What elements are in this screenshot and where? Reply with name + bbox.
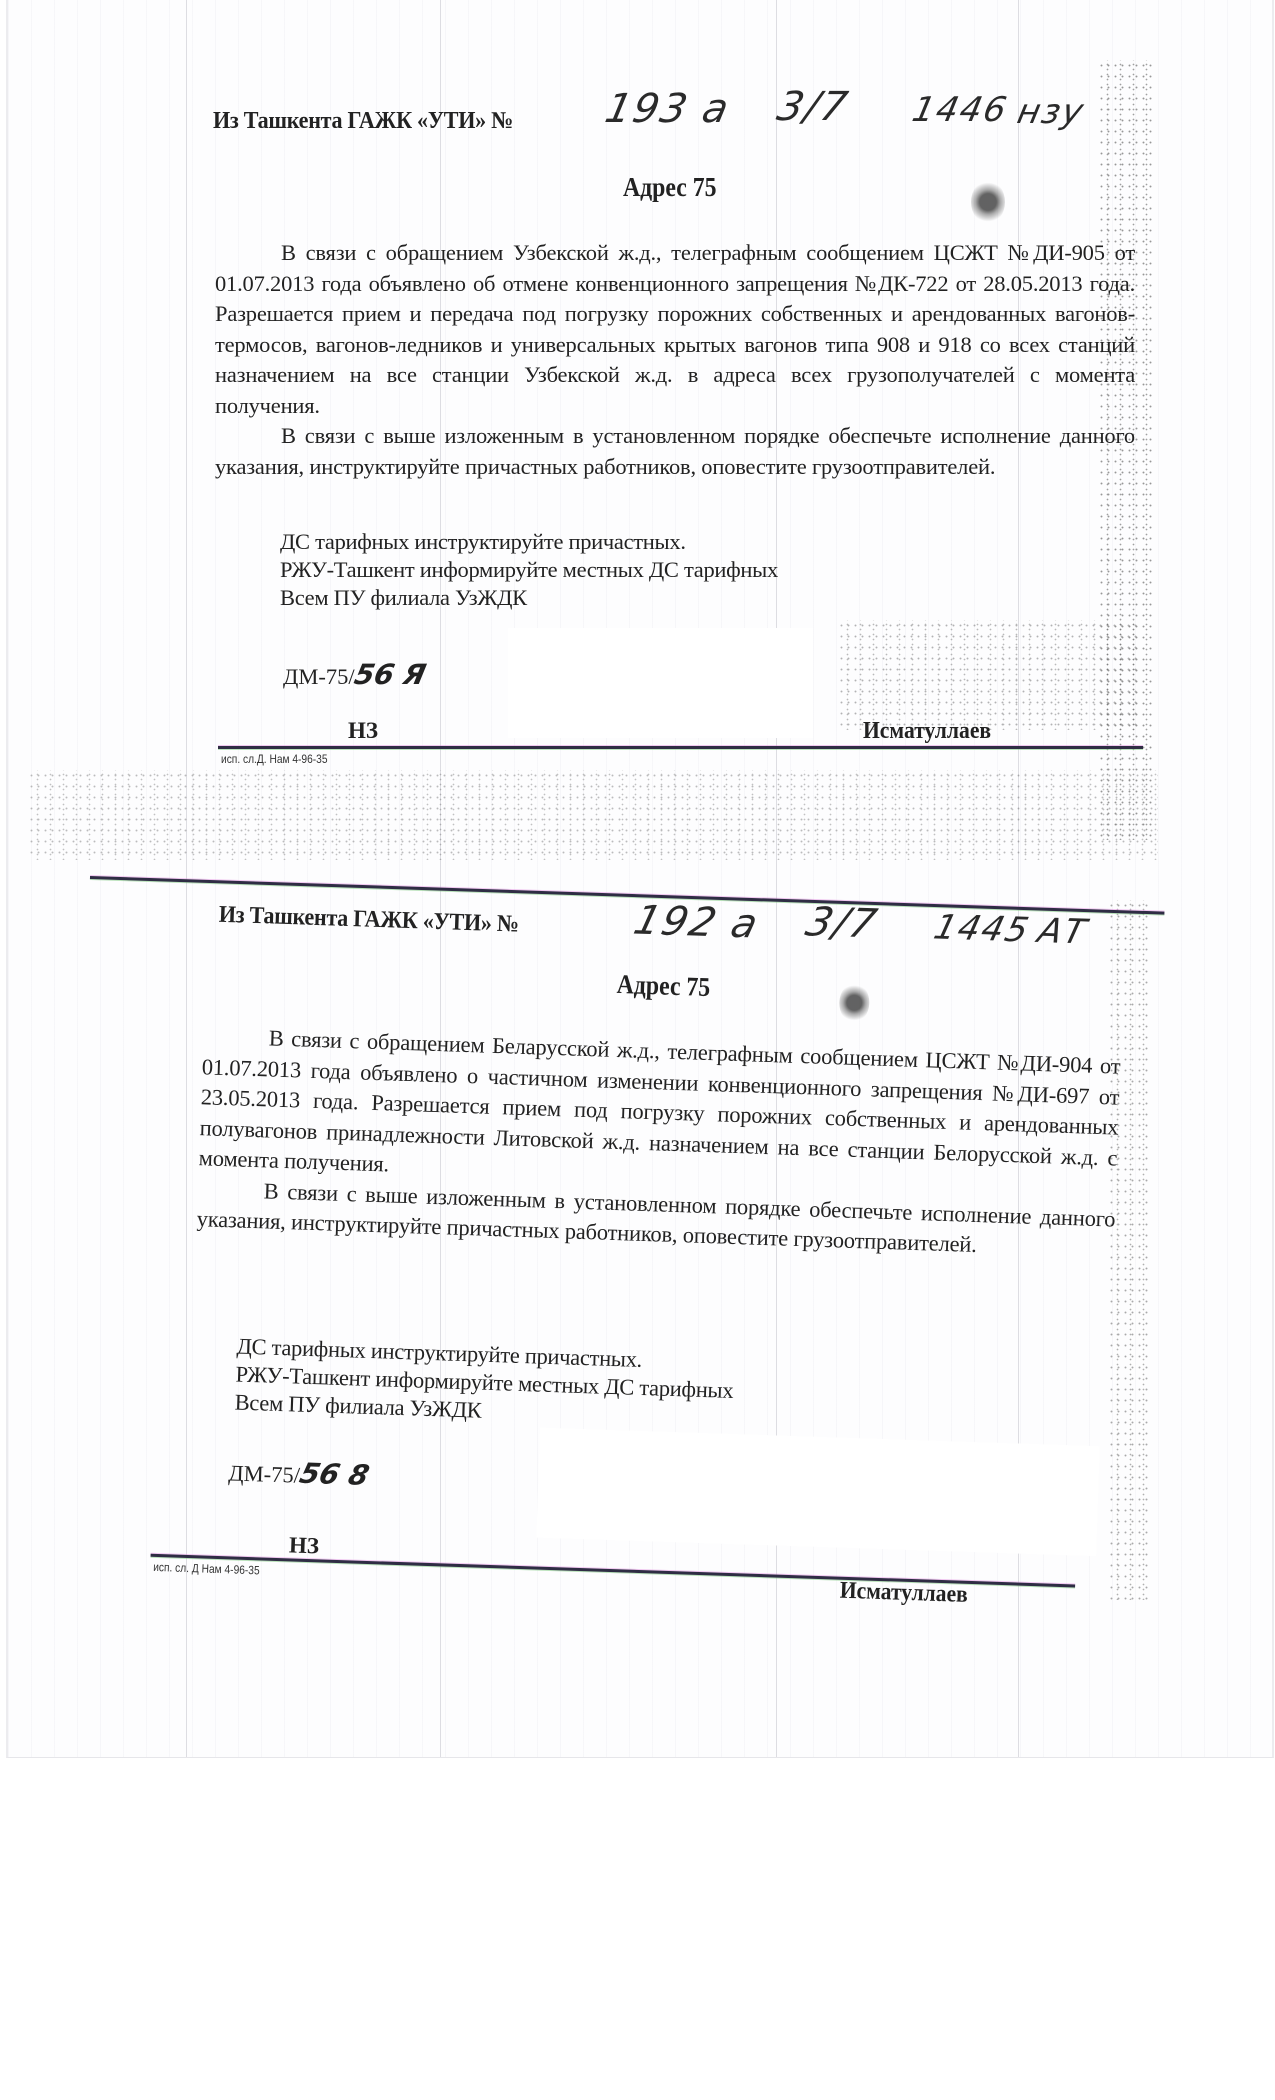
- sign-left-code: НЗ: [348, 718, 378, 744]
- instruction-line: Всем ПУ филиала УзЖДК: [280, 584, 778, 612]
- handwritten-date: 3/7: [773, 84, 853, 130]
- telegram-body: В связи с обращением Беларусской ж.д., т…: [196, 1021, 1121, 1265]
- reference-printed: ДМ-75/: [283, 664, 355, 689]
- telegram-1: Из Ташкента ГАЖК «УТИ» № 193 а 3/7 1446 …: [8, 0, 1272, 820]
- instruction-list: ДС тарифных инструктируйте причастных. Р…: [234, 1333, 734, 1433]
- address-heading: Адрес 75: [616, 969, 710, 1003]
- address-heading: Адрес 75: [623, 172, 716, 203]
- telegram-2: Из Ташкента ГАЖК «УТИ» № 192 а 3/7 1445 …: [6, 855, 1272, 1736]
- body-paragraph: В связи с выше изложенным в установленно…: [215, 421, 1135, 482]
- handwritten-time: 1446: [909, 90, 1012, 130]
- telegram-header-from: Из Ташкента ГАЖК «УТИ» №: [213, 108, 513, 135]
- handwritten-initials: АТ: [1034, 911, 1092, 952]
- handwritten-number: 193 а: [601, 86, 734, 132]
- instruction-list: ДС тарифных инструктируйте причастных. Р…: [280, 528, 778, 612]
- handwritten-date: 3/7: [801, 899, 883, 947]
- redacted-area: [536, 1428, 1099, 1557]
- reference-handwritten: 56 8: [296, 1457, 372, 1492]
- reference-number: ДМ-75/56 8: [228, 1454, 369, 1492]
- handwritten-initials: нзу: [1014, 92, 1089, 132]
- telegram-header-from: Из Ташкента ГАЖК «УТИ» №: [218, 902, 519, 939]
- handwritten-number: 192 а: [629, 898, 764, 948]
- instruction-line: ДС тарифных инструктируйте причастных.: [280, 528, 778, 556]
- ink-blot: [971, 180, 1005, 224]
- executor-note: исп. сл. Д Нам 4-96-35: [153, 1560, 260, 1578]
- body-paragraph: В связи с обращением Беларусской ж.д., т…: [198, 1021, 1121, 1204]
- signer-name: Исматуллаев: [863, 718, 991, 745]
- signature-rule: [218, 746, 1143, 749]
- handwritten-time: 1445: [930, 908, 1034, 951]
- reference-number: ДМ-75/56 Я: [283, 658, 425, 691]
- signer-name: Исматуллаев: [839, 1578, 968, 1609]
- scanned-page: Из Ташкента ГАЖК «УТИ» № 193 а 3/7 1446 …: [6, 0, 1274, 1758]
- body-paragraph: В связи с обращением Узбекской ж.д., тел…: [215, 238, 1135, 421]
- executor-note: исп. сл.Д. Нам 4-96-35: [221, 752, 328, 766]
- instruction-line: РЖУ-Ташкент информируйте местных ДС тари…: [280, 556, 778, 584]
- sign-left-code: НЗ: [289, 1532, 320, 1559]
- telegram-body: В связи с обращением Узбекской ж.д., тел…: [215, 238, 1135, 482]
- reference-printed: ДМ-75/: [228, 1460, 300, 1487]
- reference-handwritten: 56 Я: [351, 658, 428, 691]
- redacted-area: [508, 628, 813, 738]
- ink-blot: [839, 982, 870, 1023]
